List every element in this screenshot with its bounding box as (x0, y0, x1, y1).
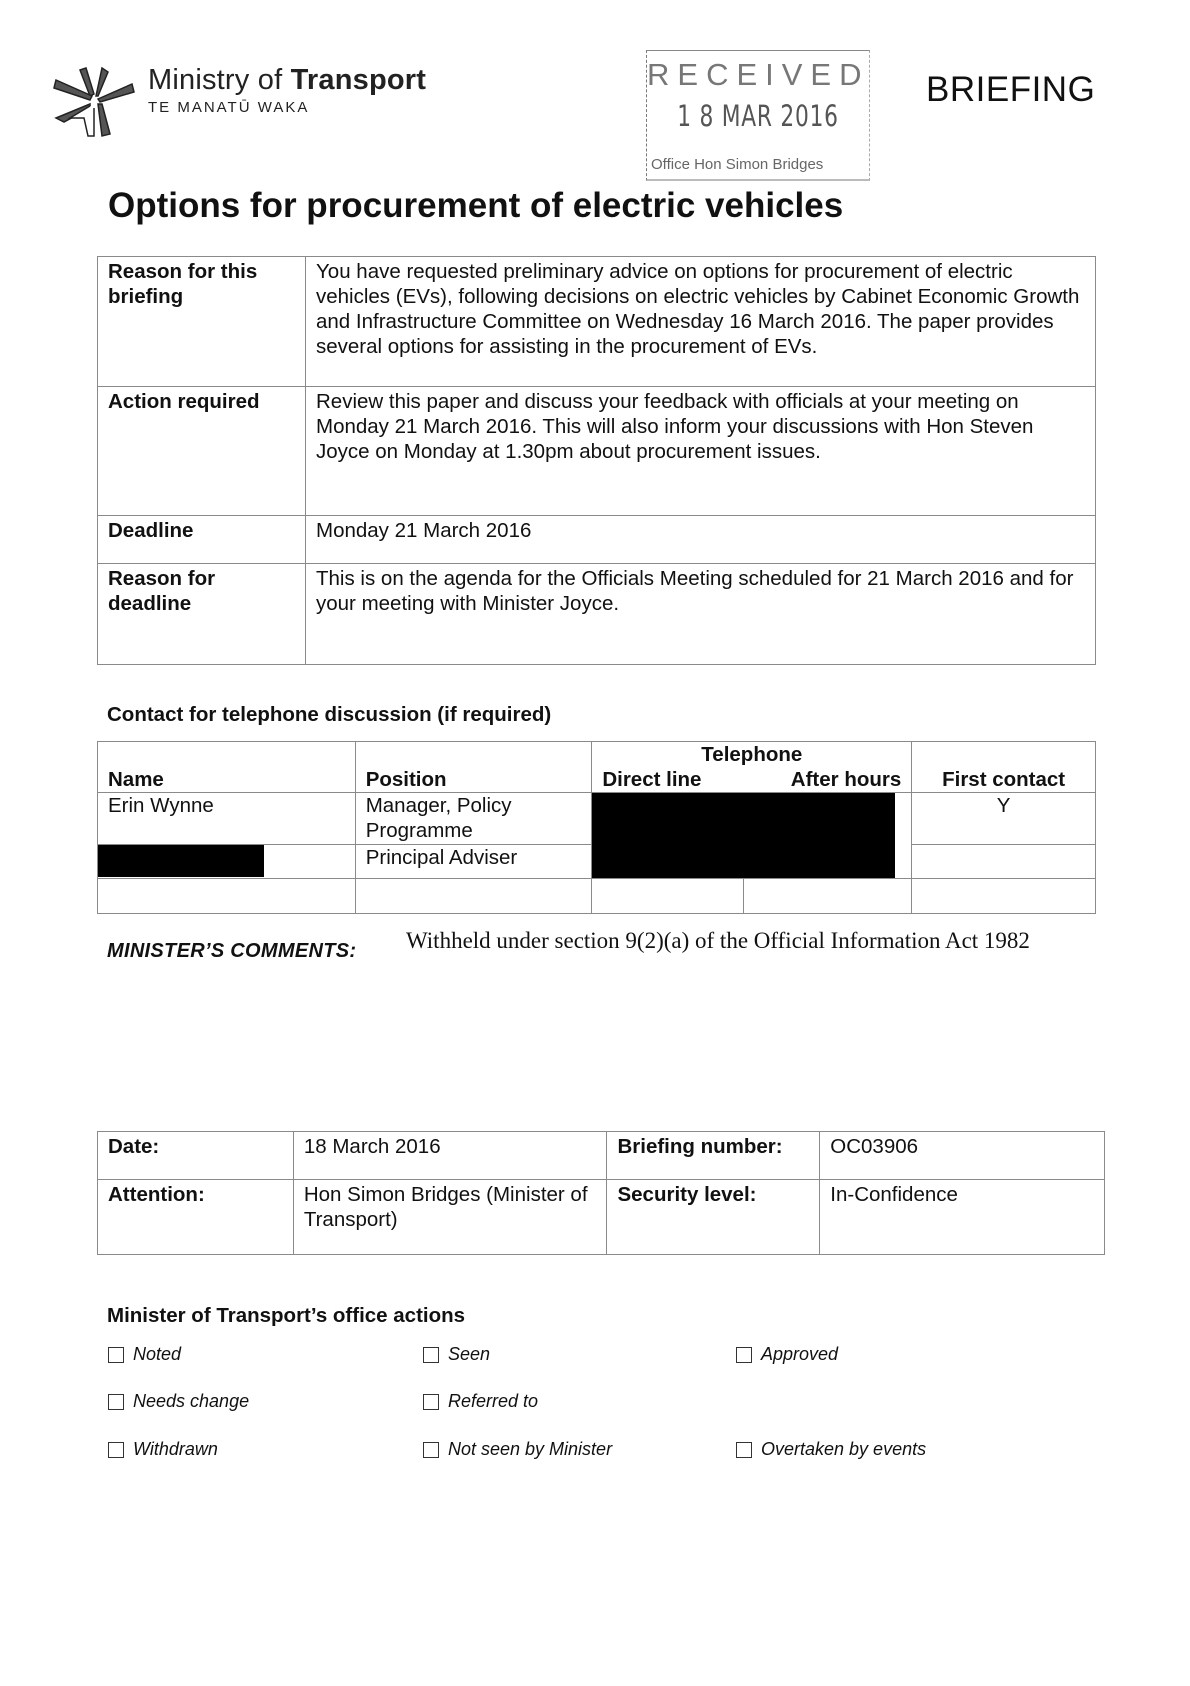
contact-after-hours (744, 879, 912, 914)
row-text: You have requested preliminary advice on… (306, 257, 1096, 387)
checkbox-icon[interactable] (423, 1394, 439, 1410)
table-row: Reason for deadline This is on the agend… (98, 564, 1096, 665)
contacts-heading: Contact for telephone discussion (if req… (107, 703, 551, 727)
redaction-block (98, 845, 264, 877)
checkbox-icon[interactable] (423, 1347, 439, 1363)
stamp-date: 1 8 MAR 2016 (675, 99, 842, 133)
table-row: Attention: Hon Simon Bridges (Minister o… (98, 1180, 1105, 1255)
briefing-number-label: Briefing number: (607, 1132, 820, 1180)
briefing-meta-table: Date: 18 March 2016 Briefing number: OC0… (97, 1131, 1105, 1255)
telephone-label: Telephone (701, 742, 802, 767)
table-row: Deadline Monday 21 March 2016 (98, 516, 1096, 564)
checkbox-noted[interactable]: Noted (108, 1344, 181, 1365)
contacts-table: Name Position Telephone Direct line Afte… (97, 741, 1096, 914)
koru-star-logo-icon (50, 66, 136, 138)
row-label: Reason for this briefing (98, 257, 306, 387)
ministers-comments-label: MINISTER’S COMMENTS: (107, 940, 356, 963)
contact-first-contact: Y (912, 793, 1096, 845)
attention-label: Attention: (98, 1180, 294, 1255)
checkbox-needs-change[interactable]: Needs change (108, 1391, 249, 1412)
checkbox-icon[interactable] (423, 1442, 439, 1458)
page-title: Options for procurement of electric vehi… (108, 186, 843, 226)
checkbox-icon[interactable] (108, 1394, 124, 1410)
checkbox-withdrawn[interactable]: Withdrawn (108, 1439, 218, 1460)
row-label: Reason for deadline (98, 564, 306, 665)
checkbox-icon[interactable] (736, 1347, 752, 1363)
contact-first-contact (912, 845, 1096, 879)
row-label: Deadline (98, 516, 306, 564)
col-direct-line: Direct line (602, 767, 701, 792)
redaction-block (592, 792, 895, 878)
redacted-phone-cell (592, 793, 912, 879)
date-value: 18 March 2016 (293, 1132, 607, 1180)
row-text: Monday 21 March 2016 (306, 516, 1096, 564)
contact-direct-line (592, 879, 744, 914)
col-telephone: Telephone Direct line After hours (592, 742, 912, 793)
row-text: Review this paper and discuss your feedb… (306, 387, 1096, 516)
stamp-office: Office Hon Simon Bridges (651, 156, 823, 173)
org-logo: Ministry of Transport TE MANATŪ WAKA (148, 64, 426, 116)
date-label: Date: (98, 1132, 294, 1180)
col-after-hours: After hours (791, 767, 901, 792)
checkbox-seen[interactable]: Seen (423, 1344, 490, 1365)
briefing-summary-table: Reason for this briefing You have reques… (97, 256, 1096, 665)
security-level-value: In-Confidence (820, 1180, 1105, 1255)
checkbox-icon[interactable] (108, 1442, 124, 1458)
col-name: Name (98, 742, 356, 793)
contact-first-contact (912, 879, 1096, 914)
col-position: Position (355, 742, 592, 793)
row-label: Action required (98, 387, 306, 516)
table-row: Reason for this briefing You have reques… (98, 257, 1096, 387)
checkbox-approved[interactable]: Approved (736, 1344, 838, 1365)
contact-name (98, 879, 356, 914)
attention-value: Hon Simon Bridges (Minister of Transport… (293, 1180, 607, 1255)
checkbox-icon[interactable] (108, 1347, 124, 1363)
row-text: This is on the agenda for the Officials … (306, 564, 1096, 665)
contact-name: Erin Wynne (98, 793, 356, 845)
checkbox-overtaken-by-events[interactable]: Overtaken by events (736, 1439, 926, 1460)
stamp-received: RECEIVED (647, 57, 869, 93)
table-header-row: Name Position Telephone Direct line Afte… (98, 742, 1096, 793)
briefing-number-value: OC03906 (820, 1132, 1105, 1180)
security-level-label: Security level: (607, 1180, 820, 1255)
contact-position (355, 879, 592, 914)
checkbox-not-seen-by-minister[interactable]: Not seen by Minister (423, 1439, 612, 1460)
received-stamp: RECEIVED 1 8 MAR 2016 Office Hon Simon B… (646, 50, 870, 181)
document-type: BRIEFING (926, 70, 1095, 110)
org-name: Ministry of Transport (148, 64, 426, 97)
table-row: Erin Wynne Manager, Policy Programme Y (98, 793, 1096, 845)
contact-position: Principal Adviser (355, 845, 592, 879)
col-first-contact: First contact (912, 742, 1096, 793)
org-subtitle: TE MANATŪ WAKA (148, 99, 426, 116)
checkbox-icon[interactable] (736, 1442, 752, 1458)
office-actions-heading: Minister of Transport’s office actions (107, 1304, 465, 1328)
withheld-note: Withheld under section 9(2)(a) of the Of… (406, 928, 1030, 954)
contact-position: Manager, Policy Programme (355, 793, 592, 845)
table-row: Action required Review this paper and di… (98, 387, 1096, 516)
table-row (98, 879, 1096, 914)
contact-name-redacted (98, 845, 356, 879)
table-row: Date: 18 March 2016 Briefing number: OC0… (98, 1132, 1105, 1180)
checkbox-referred-to[interactable]: Referred to (423, 1391, 538, 1412)
